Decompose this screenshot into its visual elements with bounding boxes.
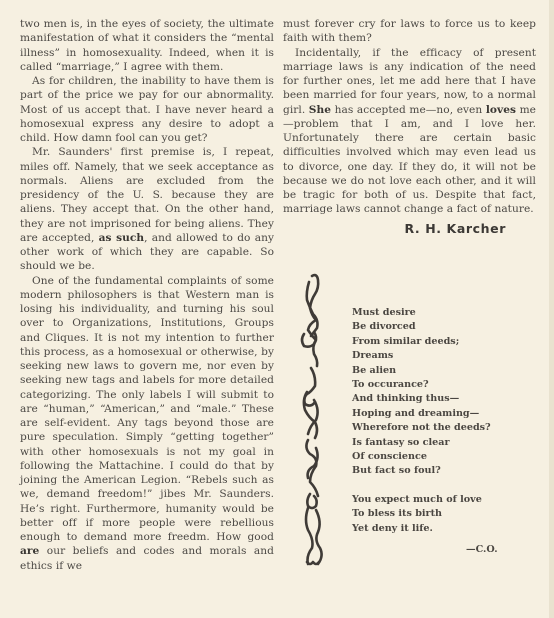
- poem-line: Be alien: [352, 364, 491, 378]
- article-author-signature: R. H. Karcher: [283, 221, 536, 236]
- left-column-paragraph: One of the fundamental complaints of som…: [20, 274, 274, 573]
- poem-line: But fact so foul?: [352, 464, 491, 478]
- poem-line: And thinking thus—: [352, 392, 491, 406]
- magazine-page: two men is, in the eyes of society, the …: [0, 0, 549, 618]
- poem-line: Be divorced: [352, 320, 491, 334]
- right-column-paragraph: Incidentally, if the efficacy of present…: [283, 46, 536, 217]
- left-column-paragraph: As for children, the inability to have t…: [20, 74, 274, 145]
- poem-line: From similar deeds;: [352, 335, 491, 349]
- poem-line: You expect much of love: [352, 493, 491, 507]
- poem-line: Wherefore not the deeds?: [352, 421, 491, 435]
- poem-line: Yet deny it life.: [352, 522, 491, 536]
- article-right-column: must forever cry for laws to force us to…: [283, 17, 536, 217]
- left-column-paragraph: two men is, in the eyes of society, the …: [20, 17, 274, 74]
- chain-of-figures-icon: [298, 272, 328, 572]
- poem-line: Dreams: [352, 349, 491, 363]
- article-left-column: two men is, in the eyes of society, the …: [20, 17, 274, 573]
- poem-line: To bless its birth: [352, 507, 491, 521]
- poem-line: Of conscience: [352, 450, 491, 464]
- right-column-paragraph: must forever cry for laws to force us to…: [283, 17, 536, 46]
- poem-line: [352, 479, 491, 493]
- poem-line: Must desire: [352, 306, 491, 320]
- page-edge: [549, 0, 554, 618]
- poem-line: Hoping and dreaming—: [352, 407, 491, 421]
- author-signature-wrap: R. H. Karcher: [283, 221, 536, 236]
- poem: Must desireBe divorcedFrom similar deeds…: [352, 306, 491, 536]
- poem-author: —C.O.: [466, 544, 498, 555]
- poem-line: To occurance?: [352, 378, 491, 392]
- left-column-paragraph: Mr. Saunders' first premise is, I repeat…: [20, 145, 274, 273]
- poem-line: Is fantasy so clear: [352, 436, 491, 450]
